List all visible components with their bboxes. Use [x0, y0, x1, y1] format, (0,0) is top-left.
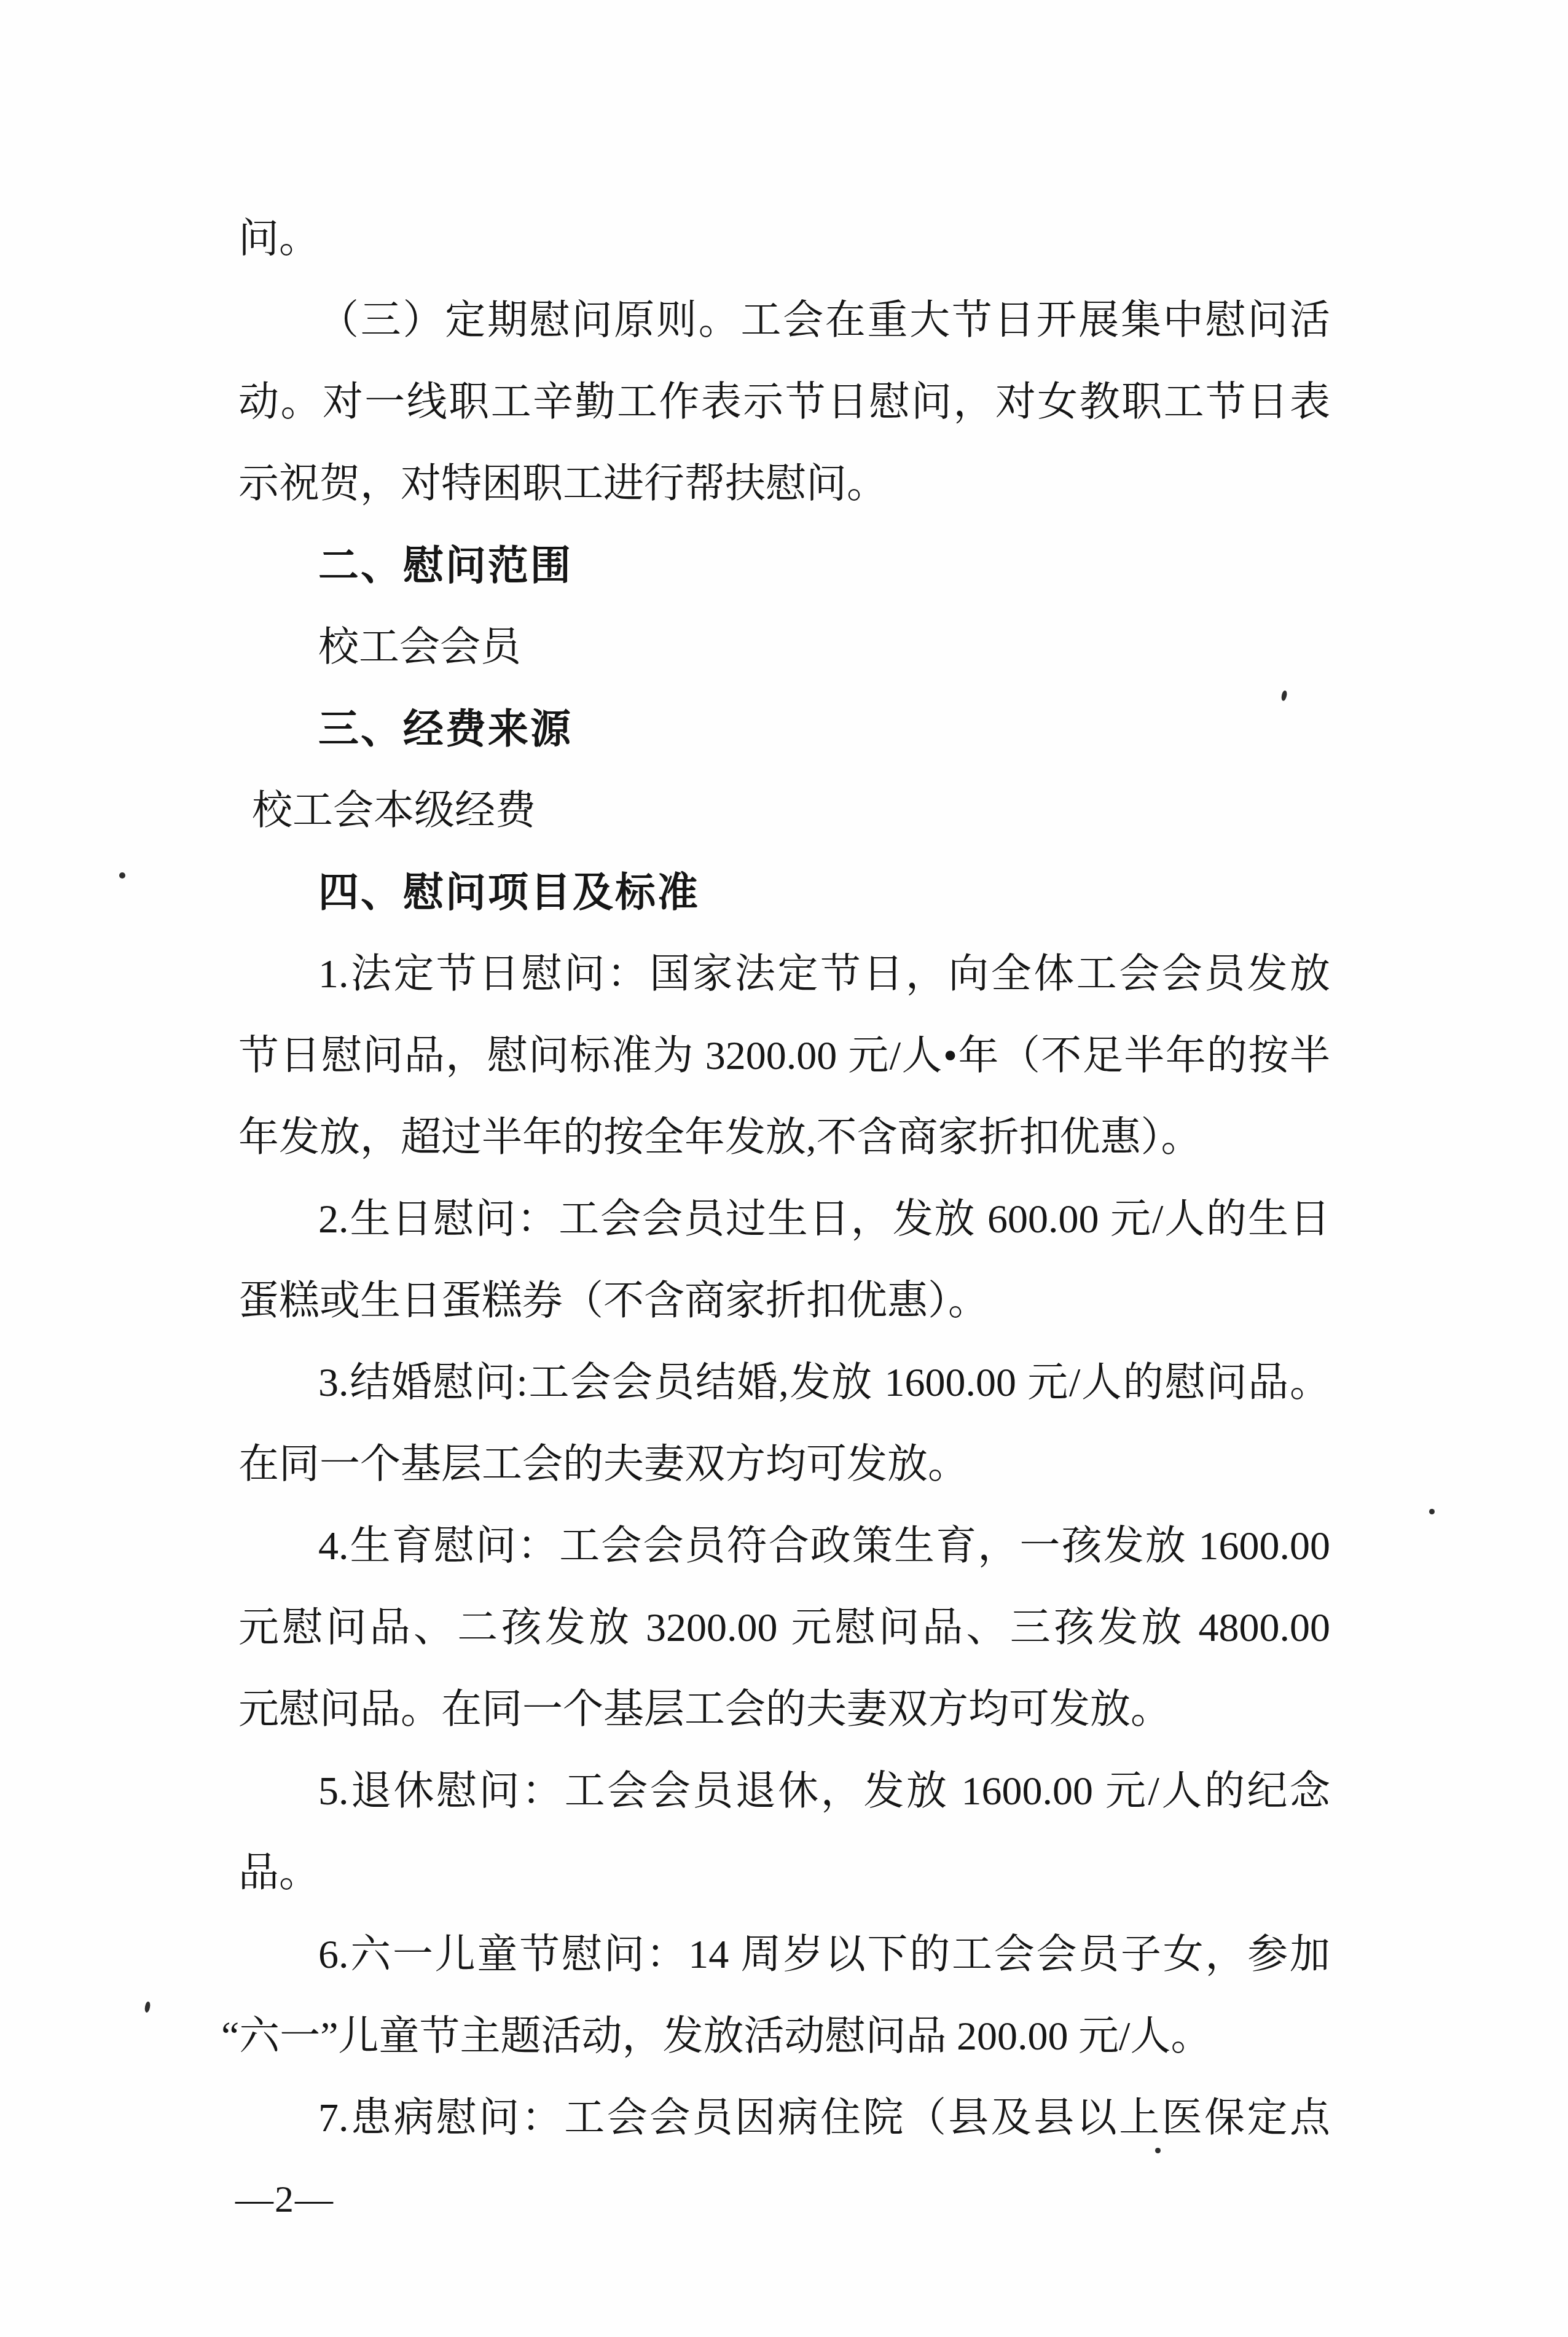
text-line: 6.六一儿童节慰问：14 周岁以下的工会会员子女，参加: [238, 1914, 1330, 1995]
text-line: 动。对一线职工辛勤工作表示节日慰问，对女教职工节日表: [238, 361, 1330, 443]
page-number: —2—: [235, 2178, 334, 2221]
text-line: 5.退休慰问：工会会员退休，发放 1600.00 元/人的纪念: [238, 1750, 1330, 1832]
scan-speck: [144, 2001, 151, 2013]
document-body: 问。 （三）定期慰问原则。工会在重大节日开展集中慰问活 动。对一线职工辛勤工作表…: [238, 198, 1330, 2159]
text-line: “六一”儿童节主题活动，发放活动慰问品 200.00 元/人。: [238, 1995, 1330, 2077]
text-line: 在同一个基层工会的夫妻双方均可发放。: [238, 1423, 1330, 1505]
text-line: 年发放，超过半年的按全年发放,不含商家折扣优惠）。: [238, 1097, 1330, 1178]
text-line: 校工会本级经费: [238, 770, 1330, 851]
text-line: 1.法定节日慰问：国家法定节日，向全体工会会员发放: [238, 933, 1330, 1015]
text-line: 7.患病慰问：工会会员因病住院（县及县以上医保定点: [238, 2077, 1330, 2159]
text-line: 示祝贺，对特困职工进行帮扶慰问。: [238, 443, 1330, 525]
text-line: 2.生日慰问：工会会员过生日，发放 600.00 元/人的生日: [238, 1178, 1330, 1260]
text-line: 问。: [238, 198, 1330, 280]
text-line: 品。: [238, 1832, 1330, 1914]
text-line: 蛋糕或生日蛋糕券（不含商家折扣优惠）。: [238, 1260, 1330, 1342]
text-line: 4.生育慰问：工会会员符合政策生育，一孩发放 1600.00: [238, 1505, 1330, 1587]
scan-speck: [1429, 1509, 1435, 1514]
text-line: 校工会会员: [238, 606, 1330, 688]
text-line: 3.结婚慰问:工会会员结婚,发放 1600.00 元/人的慰问品。: [238, 1342, 1330, 1423]
text-line: 节日慰问品，慰问标准为 3200.00 元/人•年（不足半年的按半: [238, 1015, 1330, 1097]
text-line: 元慰问品、二孩发放 3200.00 元慰问品、三孩发放 4800.00: [238, 1587, 1330, 1669]
scan-speck: [1155, 2148, 1161, 2153]
section-heading: 二、慰问范围: [238, 525, 1330, 606]
text-line: （三）定期慰问原则。工会在重大节日开展集中慰问活: [238, 280, 1330, 361]
scan-speck: [119, 872, 125, 879]
section-heading: 三、经费来源: [238, 688, 1330, 770]
document-page: 问。 （三）定期慰问原则。工会在重大节日开展集中慰问活 动。对一线职工辛勤工作表…: [0, 0, 1568, 2337]
text-line: 元慰问品。在同一个基层工会的夫妻双方均可发放。: [238, 1669, 1330, 1750]
section-heading: 四、慰问项目及标准: [238, 851, 1330, 933]
